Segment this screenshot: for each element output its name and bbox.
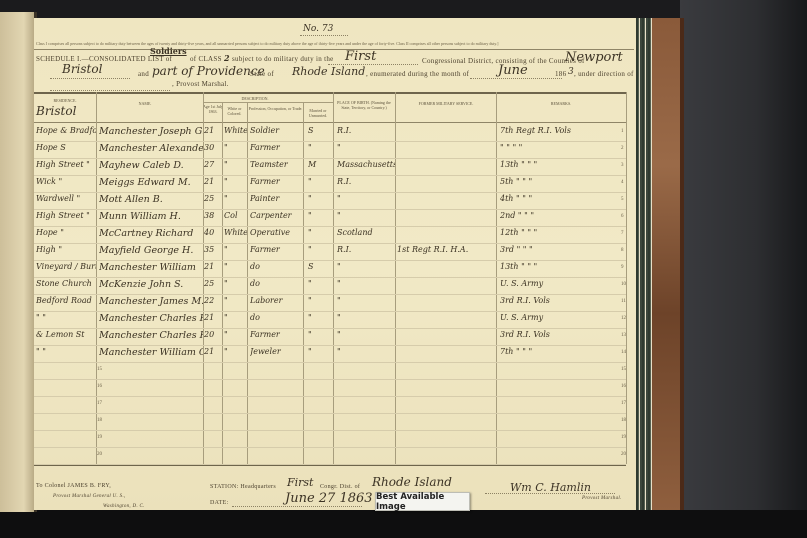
station-cong: Congr. Dist. of — [320, 484, 360, 490]
row-occupation: Farmer — [250, 245, 303, 254]
row-married: " — [308, 143, 332, 152]
row-residence: Wardwell " — [36, 194, 96, 203]
row-number-left: 15 — [97, 367, 102, 372]
row-number-left: 16 — [97, 384, 102, 389]
row-married: " — [308, 177, 332, 186]
signature-title: Provost Marshal. — [582, 496, 622, 501]
col-married: Married or Unmarried. — [304, 108, 332, 118]
row-married: S — [308, 262, 332, 271]
row-number: 13 — [621, 333, 626, 338]
row-residence: Vineyard / Burton & Burnside — [36, 262, 96, 271]
row-remarks: 7th " " " — [500, 347, 585, 356]
col-name: NAME. — [100, 101, 190, 106]
row-number: 17 — [621, 401, 626, 406]
row-number-left: 18 — [97, 418, 102, 423]
page-number-line — [300, 35, 348, 36]
row-number: 18 — [621, 418, 626, 423]
col-residence: RESIDENCE. — [40, 98, 90, 103]
row-occupation: Soldier — [250, 126, 303, 135]
subject-text: subject to do military duty in the — [232, 55, 334, 63]
residence-town: Bristol — [36, 104, 76, 118]
row-name: Manchester Alexander — [99, 143, 203, 154]
row-residence: High " — [36, 245, 96, 254]
row-remarks: 7th Regt R.I. Vols — [500, 126, 585, 135]
row-number-left: 19 — [97, 435, 102, 440]
table-header-rule — [34, 122, 626, 123]
row-birth: " — [337, 262, 395, 271]
row-residence: Hope " — [36, 228, 96, 237]
row-residence: & Lemon St — [36, 330, 96, 339]
part-value: part of Providence — [152, 64, 265, 78]
row-occupation: Teamster — [250, 160, 303, 169]
best-available-image-label: Best Available Image — [375, 492, 470, 511]
row-number-left: 20 — [97, 452, 102, 457]
row-remarks: 4th " " " — [500, 194, 585, 203]
row-color: " — [224, 160, 247, 169]
row-remarks: U. S. Army — [500, 279, 585, 288]
row-birth: R.I. — [337, 177, 395, 186]
row-occupation: do — [250, 313, 303, 322]
row-remarks: 3rd " " " — [500, 245, 585, 254]
table-row: Vineyard / Burton & BurnsideManchester W… — [34, 260, 626, 278]
row-number: 4 — [621, 180, 624, 185]
col-remarks: REMARKS. — [498, 101, 624, 106]
row-age: 38 — [204, 211, 222, 220]
vrule-right — [626, 92, 627, 464]
row-number: 11 — [621, 299, 626, 304]
state-of-text: State of — [250, 70, 274, 78]
row-occupation: do — [250, 262, 303, 271]
row-remarks: " " " " — [500, 143, 585, 152]
row-age: 22 — [204, 296, 222, 305]
row-remarks: U. S. Army — [500, 313, 585, 322]
row-service: 1st Regt R.I. H.A. — [397, 245, 495, 254]
table-top-rule — [34, 92, 626, 94]
row-number: 20 — [621, 452, 626, 457]
class-note: Class I comprises all persons subject to… — [36, 41, 634, 46]
list-type: Soldiers — [150, 46, 187, 56]
month-line — [470, 78, 562, 79]
row-birth: " — [337, 330, 395, 339]
row-name: Meiggs Edward M. — [99, 177, 203, 188]
row-married: S — [308, 126, 332, 135]
under-direction-text: , under direction of — [574, 70, 634, 78]
row-birth: R.I. — [337, 126, 395, 135]
state-value: Rhode Island — [292, 65, 365, 78]
row-remarks: 5th " " " — [500, 177, 585, 186]
row-number: 9 — [621, 265, 624, 270]
month-value: June — [498, 63, 528, 78]
row-number-left: 17 — [97, 401, 102, 406]
row-married: " — [308, 296, 332, 305]
row-occupation: Farmer — [250, 143, 303, 152]
row-residence: Hope S — [36, 143, 96, 152]
table-row: & Lemon StManchester Charles H.20"Farmer… — [34, 328, 626, 346]
row-number: 12 — [621, 316, 626, 321]
row-birth: " — [337, 347, 395, 356]
date-label: DATE: — [210, 500, 229, 506]
row-married: " — [308, 279, 332, 288]
row-name: McKenzie John S. — [99, 279, 203, 290]
provost-marshal-text: , Provost Marshal. — [172, 80, 229, 88]
provost-signature: Wm C. Hamlin — [510, 481, 591, 494]
row-color: " — [224, 347, 247, 356]
row-residence: Bedford Road — [36, 296, 96, 305]
row-color: " — [224, 330, 247, 339]
table-row: High Street "Munn William H.38ColCarpent… — [34, 209, 626, 227]
table-row: Wick "Meiggs Edward M.21"Farmer"R.I.5th … — [34, 175, 626, 193]
row-married: " — [308, 228, 332, 237]
row-number: 8 — [621, 248, 624, 253]
row-number: 3 — [621, 163, 624, 168]
addressee-line2: Provost Marshal General U. S., — [53, 494, 126, 499]
addressee-line3: Washington, D. C. — [103, 504, 145, 509]
row-color: " — [224, 262, 247, 271]
year-text: 186 — [555, 70, 566, 78]
row-remarks: 3rd R.I. Vols — [500, 330, 585, 339]
row-name: Manchester William — [99, 262, 203, 273]
addressee-line1: To Colonel JAMES B. FRY, — [36, 483, 111, 489]
row-number: 15 — [621, 367, 626, 372]
town-value: Bristol — [62, 62, 102, 76]
station-district: First — [287, 476, 313, 489]
table-row: 2020 — [34, 447, 626, 465]
row-birth: " — [337, 194, 395, 203]
row-remarks: 2nd " " " — [500, 211, 585, 220]
table-row: Bedford RoadManchester James M.22"Labore… — [34, 294, 626, 312]
row-name: Manchester William C. — [99, 347, 203, 358]
row-residence: Wick " — [36, 177, 96, 186]
class-value: 2 — [224, 53, 230, 63]
enumerated-text: , enumerated during the month of — [366, 70, 469, 78]
district-value: First — [345, 49, 376, 64]
table-row: High Street "Mayhew Caleb D.27"TeamsterM… — [34, 158, 626, 176]
row-number: 6 — [621, 214, 624, 219]
row-birth: R.I. — [337, 245, 395, 254]
station-label: STATION: Headquarters — [210, 484, 276, 490]
row-color: " — [224, 296, 247, 305]
row-age: 35 — [204, 245, 222, 254]
row-name: Manchester James M. — [99, 296, 203, 307]
row-married: " — [308, 245, 332, 254]
year-digit: 3 — [568, 67, 574, 77]
row-name: Manchester Joseph G. — [99, 126, 203, 137]
row-residence: " " — [36, 313, 96, 322]
book-cover-spine — [652, 18, 684, 510]
date-value: June 27 1863 — [285, 491, 373, 506]
row-name: Manchester Charles H. — [99, 330, 203, 341]
col-former-service: FORMER MILITARY SERVICE. — [397, 101, 495, 106]
row-name: McCartney Richard — [99, 228, 203, 239]
row-color: " — [224, 194, 247, 203]
row-age: 21 — [204, 347, 222, 356]
row-residence: Stone Church — [36, 279, 96, 288]
row-birth: " — [337, 143, 395, 152]
row-birth: Scotland — [337, 228, 395, 237]
row-occupation: Jeweler — [250, 347, 303, 356]
row-residence: High Street " — [36, 211, 96, 220]
row-occupation: Carpenter — [250, 211, 303, 220]
row-residence: Hope & Bradford — [36, 126, 96, 135]
row-name: Mayfield George H. — [99, 245, 203, 256]
row-age: 30 — [204, 143, 222, 152]
row-number: 19 — [621, 435, 626, 440]
row-residence: High Street " — [36, 160, 96, 169]
row-married: " — [308, 347, 332, 356]
row-color: White — [224, 228, 247, 237]
row-color: " — [224, 279, 247, 288]
table-row: 1616 — [34, 379, 626, 397]
table-row: Hope "McCartney Richard40WhiteOperative"… — [34, 226, 626, 244]
row-name: Mayhew Caleb D. — [99, 160, 203, 171]
table-row: 1717 — [34, 396, 626, 414]
row-age: 21 — [204, 262, 222, 271]
row-color: " — [224, 313, 247, 322]
table-row: 1818 — [34, 413, 626, 431]
schedule-title: SCHEDULE I.—CONSOLIDATED LIST of — [36, 55, 172, 63]
row-age: 21 — [204, 126, 222, 135]
row-married: M — [308, 160, 332, 169]
row-occupation: Painter — [250, 194, 303, 203]
table-row: " "Manchester William C.21"Jeweler""7th … — [34, 345, 626, 363]
row-married: " — [308, 313, 332, 322]
table-row: Hope SManchester Alexander30"Farmer""" "… — [34, 141, 626, 159]
row-married: " — [308, 330, 332, 339]
row-age: 40 — [204, 228, 222, 237]
class-label: of CLASS — [190, 55, 222, 63]
station-state: Rhode Island — [372, 475, 452, 489]
row-occupation: Farmer — [250, 330, 303, 339]
row-number: 14 — [621, 350, 626, 355]
row-married: " — [308, 211, 332, 220]
and-text: and — [138, 70, 149, 78]
header-rule — [34, 49, 634, 50]
left-page-edge — [0, 12, 37, 512]
row-name: Mott Allen B. — [99, 194, 203, 205]
row-age: 25 — [204, 194, 222, 203]
row-color: White — [224, 126, 247, 135]
row-age: 21 — [204, 177, 222, 186]
table-row: 1515 — [34, 362, 626, 380]
table-row: " "Manchester Charles F.21"do""U. S. Arm… — [34, 311, 626, 329]
counties-value: Newport — [565, 50, 623, 65]
row-remarks: 12th " " " — [500, 228, 585, 237]
col-profession: Profession, Occupation, or Trade. — [248, 106, 303, 111]
row-name: Munn William H. — [99, 211, 203, 222]
row-color: " — [224, 177, 247, 186]
row-birth: " — [337, 296, 395, 305]
row-color: " — [224, 143, 247, 152]
table-row: 1919 — [34, 430, 626, 448]
town-line — [50, 78, 130, 79]
row-birth: " — [337, 313, 395, 322]
row-color: Col — [224, 211, 247, 220]
col-age: Age 1st July 1863. — [203, 104, 223, 114]
row-residence: " " — [36, 347, 96, 356]
page-number: No. 73 — [303, 24, 333, 34]
row-number: 1 — [621, 129, 624, 134]
table-row: Stone ChurchMcKenzie John S.25"do""U. S.… — [34, 277, 626, 295]
row-age: 21 — [204, 313, 222, 322]
row-number: 7 — [621, 231, 624, 236]
row-number: 16 — [621, 384, 626, 389]
col-description: DESCRIPTION. — [205, 96, 305, 101]
row-birth: Massachusetts — [337, 160, 395, 169]
row-number: 5 — [621, 197, 624, 202]
row-age: 27 — [204, 160, 222, 169]
row-occupation: Operative — [250, 228, 303, 237]
marshal-line — [50, 90, 170, 91]
col-place-of-birth: PLACE OF BIRTH. (Naming the State, Terri… — [335, 100, 393, 110]
row-color: " — [224, 245, 247, 254]
row-remarks: 13th " " " — [500, 160, 585, 169]
row-occupation: Laborer — [250, 296, 303, 305]
background-bottom — [0, 510, 807, 538]
page-edges — [636, 18, 652, 510]
col-white-colored: White or Colored. — [223, 106, 246, 116]
row-occupation: do — [250, 279, 303, 288]
row-birth: " — [337, 279, 395, 288]
row-number: 2 — [621, 146, 624, 151]
row-age: 20 — [204, 330, 222, 339]
row-married: " — [308, 194, 332, 203]
table-row: High "Mayfield George H.35"Farmer"R.I.1s… — [34, 243, 626, 261]
row-occupation: Farmer — [250, 177, 303, 186]
row-number: 10 — [621, 282, 626, 287]
background-right — [680, 0, 807, 538]
row-name: Manchester Charles F. — [99, 313, 203, 324]
row-age: 25 — [204, 279, 222, 288]
row-remarks: 3rd R.I. Vols — [500, 296, 585, 305]
row-remarks: 13th " " " — [500, 262, 585, 271]
table-row: Hope & BradfordManchester Joseph G.21Whi… — [34, 124, 626, 142]
date-line — [232, 506, 362, 507]
table-row: Wardwell "Mott Allen B.25"Painter""4th "… — [34, 192, 626, 210]
row-birth: " — [337, 211, 395, 220]
